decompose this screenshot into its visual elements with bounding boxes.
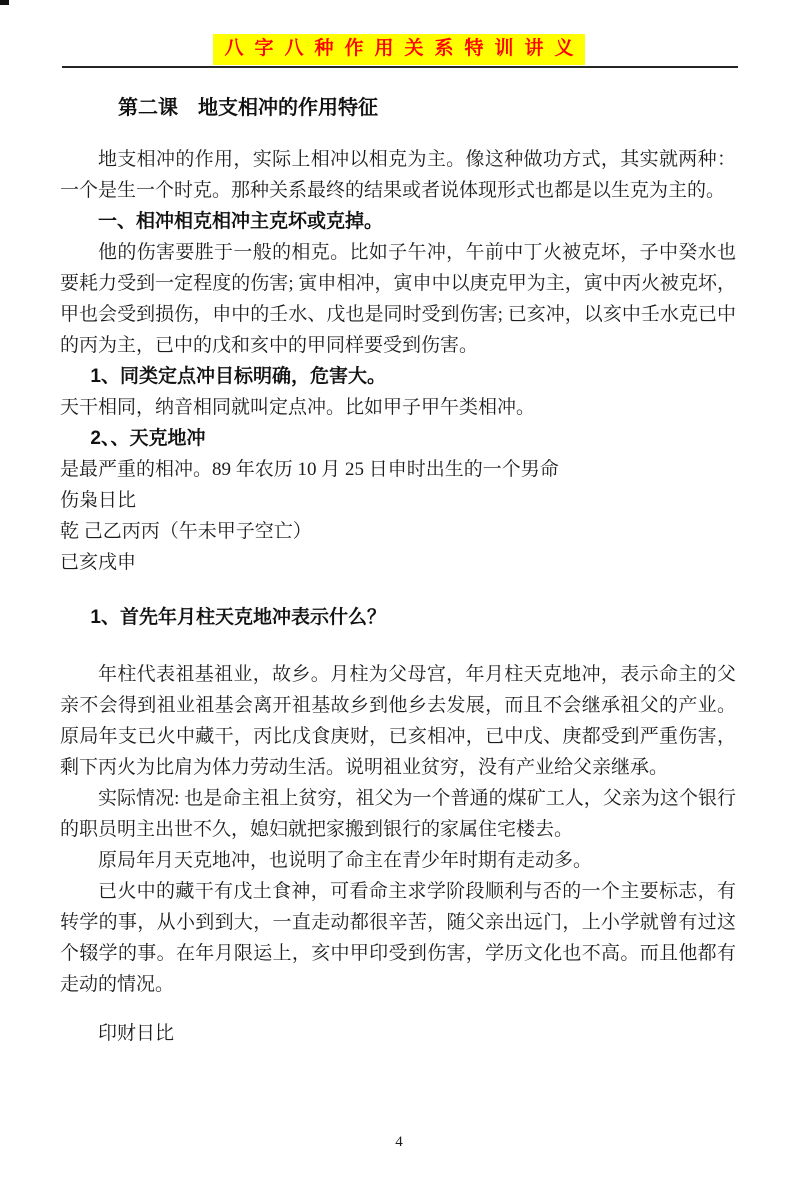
lesson-title: 第二课 地支相冲的作用特征: [60, 94, 736, 122]
paragraph: 实际情况: 也是命主祖上贫穷，祖父为一个普通的煤矿工人，父亲为这个银行的职员明主…: [60, 783, 736, 845]
paragraph: 伤枭日比: [60, 485, 736, 516]
section-heading: 1、首先年月柱天克地冲表示什么？: [60, 602, 736, 633]
document-blocks: 地支相冲的作用，实际上相冲以相克为主。像这种做功方式，其实就两种：一个是生一个时…: [60, 144, 736, 1049]
paragraph: 已亥戌申: [60, 547, 736, 578]
section-heading: 2、、天克地冲: [60, 423, 736, 454]
paragraph: 他的伤害要胜于一般的相克。比如子午冲，午前中丁火被克坏，子中癸水也要耗力受到一定…: [60, 237, 736, 361]
paragraph: 已火中的藏干有戊土食神，可看命主求学阶段顺利与否的一个主要标志，有转学的事，从小…: [60, 876, 736, 1000]
course-title-highlighted: 八字八种作用关系特训讲义: [213, 34, 584, 65]
section-heading: 1、同类定点冲目标明确，危害大。: [60, 361, 736, 392]
paragraph: 原局年月天克地冲，也说明了命主在青少年时期有走动多。: [60, 845, 736, 876]
paragraph: 乾 己乙丙丙（午未甲子空亡）: [60, 516, 736, 547]
paragraph: 印财日比: [60, 1018, 736, 1049]
paragraph: 年柱代表祖基祖业，故乡。月柱为父母宫，年月柱天克地冲，表示命主的父亲不会得到祖业…: [60, 659, 736, 783]
header-rule-divider: [62, 66, 738, 68]
paragraph: 天干相同，纳音相同就叫定点冲。比如甲子甲午类相冲。: [60, 392, 736, 423]
paragraph: 地支相冲的作用，实际上相冲以相克为主。像这种做功方式，其实就两种：一个是生一个时…: [60, 144, 736, 206]
document-header: 八字八种作用关系特训讲义: [0, 0, 798, 65]
page-number: 4: [0, 1134, 798, 1151]
scan-artifact: [0, 0, 9, 5]
section-heading: 一、相冲相克相冲主克坏或克掉。: [60, 206, 736, 237]
document-page: 八字八种作用关系特训讲义 第二课 地支相冲的作用特征 地支相冲的作用，实际上相冲…: [0, 0, 798, 1177]
paragraph: 是最严重的相冲。89 年农历 10 月 25 日申时出生的一个男命: [60, 454, 736, 485]
